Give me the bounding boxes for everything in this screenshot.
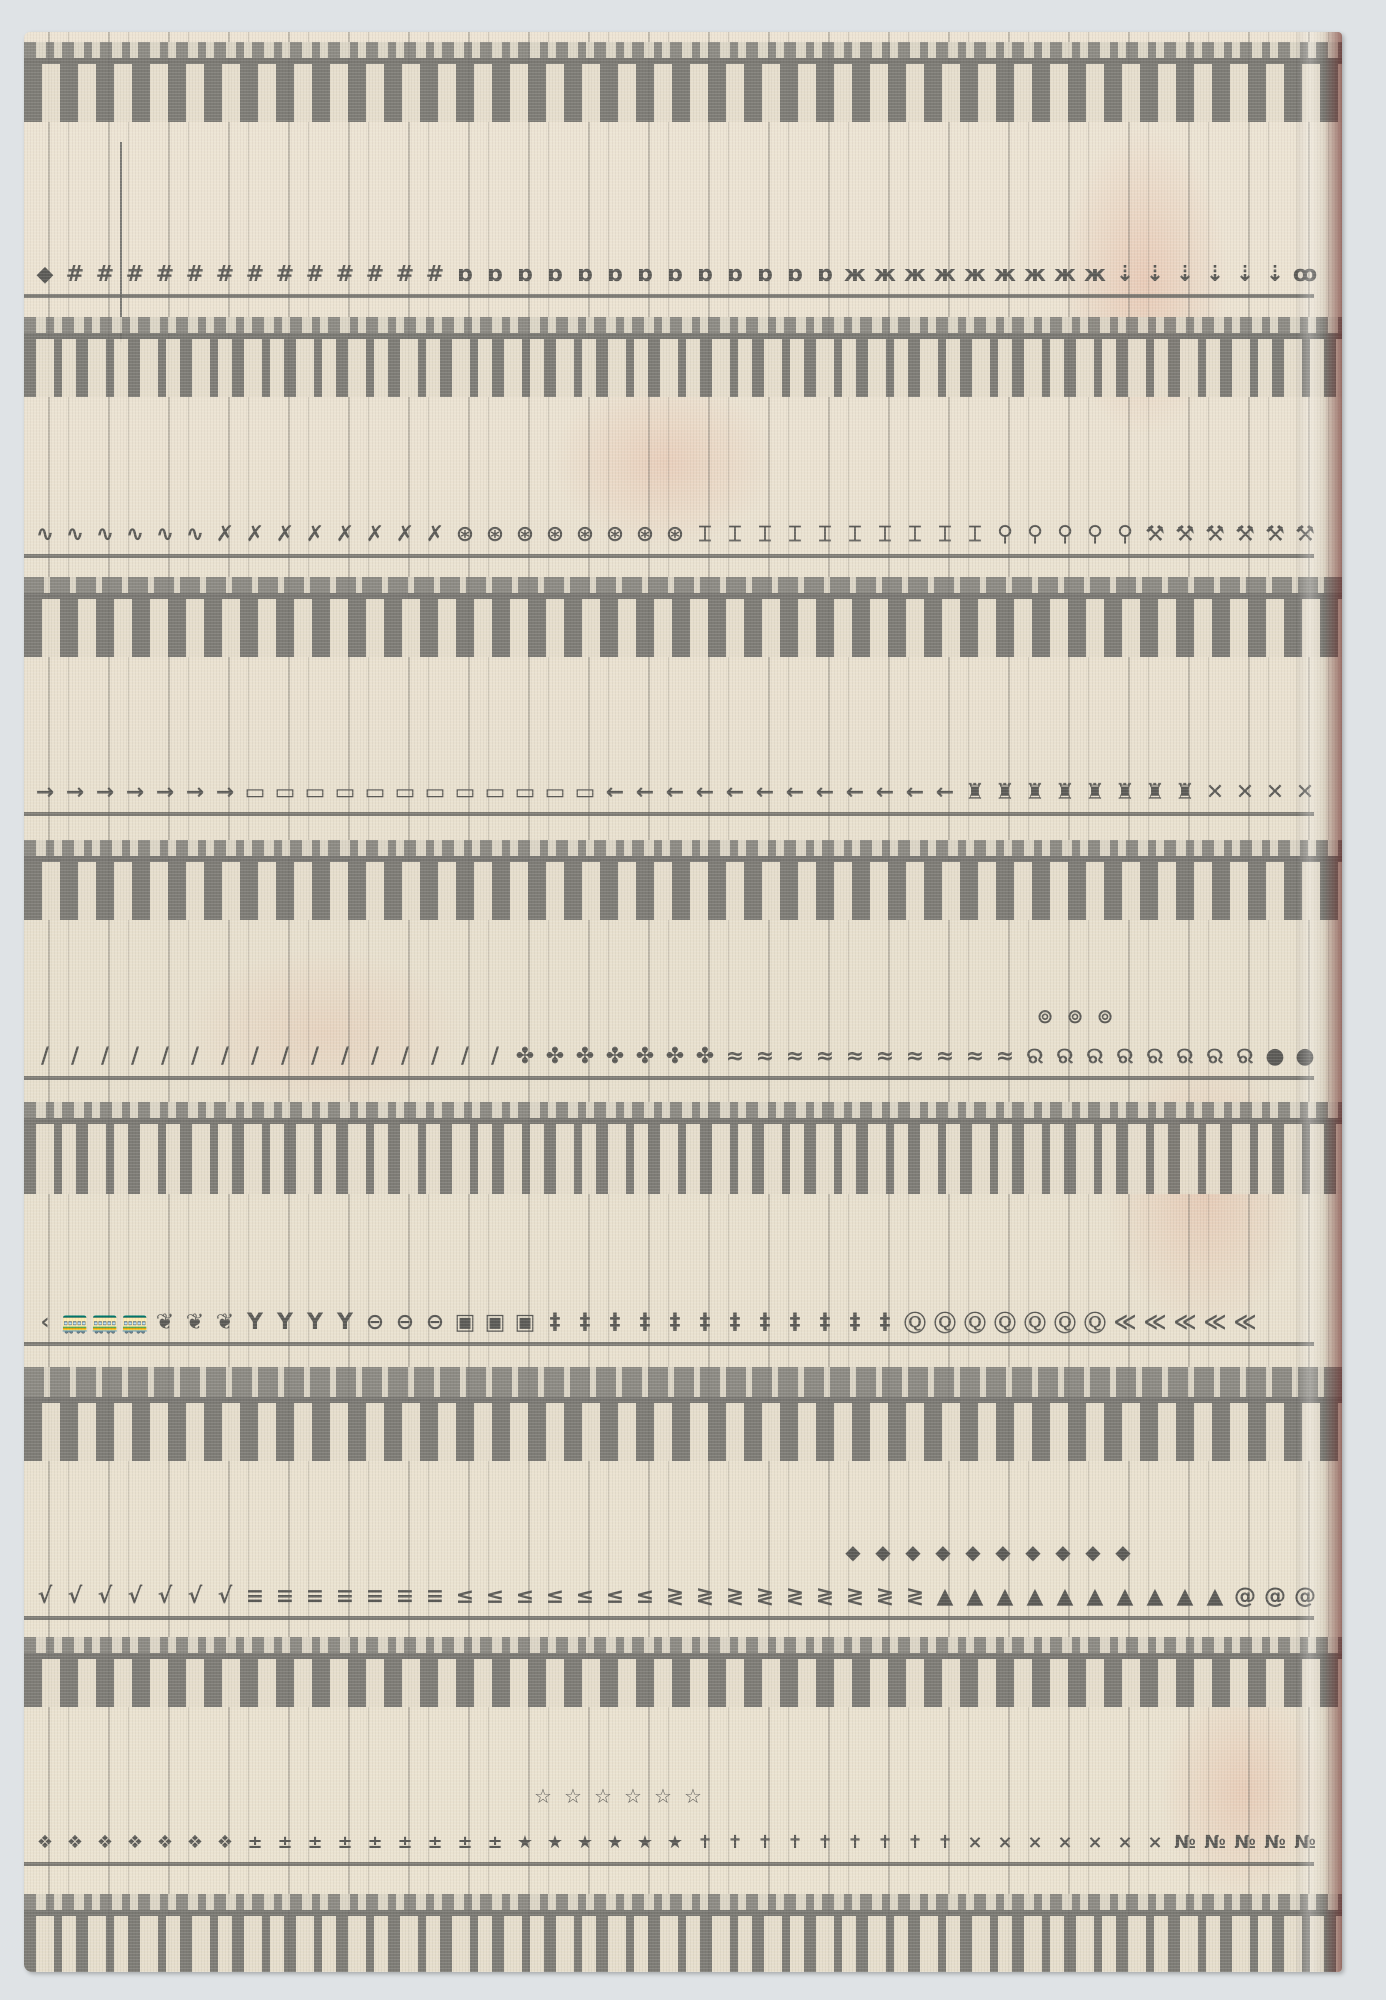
ornament-glyph-icon: ≤ [450, 1584, 480, 1609]
ornament-glyph-icon: ‡ [600, 1310, 630, 1335]
ornament-glyph-icon: ✝ [900, 1832, 930, 1853]
ornament-glyph-icon: ✕ [1230, 780, 1260, 805]
ornament-glyph-icon: Ⓠ [1080, 1307, 1110, 1338]
ornament-glyph-icon: ≷ [720, 1584, 750, 1609]
ornament-glyph-icon: # [90, 262, 120, 287]
ornament-glyph-icon: ▭ [360, 780, 390, 805]
ornament-glyph-icon: ≡ [300, 1584, 330, 1609]
ornament-glyph-icon: ‡ [630, 1310, 660, 1335]
ornament-glyph-icon: ♜ [960, 780, 990, 805]
ornament-glyph-icon: ← [600, 780, 630, 805]
ornament-glyph-icon: ≈ [930, 1044, 960, 1069]
ornament-glyph-icon: ★ [600, 1832, 630, 1853]
ornament-glyph-icon: ≈ [870, 1044, 900, 1069]
ornament-glyph-icon: ⇣ [1260, 262, 1290, 287]
ornament-glyph-icon: Ⓠ [990, 1307, 1020, 1338]
ornament-glyph-icon: / [420, 1044, 450, 1069]
ornament-glyph-icon: ⚲ [1080, 522, 1110, 547]
ornament-glyph-icon: ⊛ [570, 522, 600, 547]
ornament-glyph-icon: ☆ [588, 1784, 618, 1808]
ornament-glyph-icon: ⨯ [1080, 1832, 1110, 1853]
ornament-glyph-icon: / [60, 1044, 90, 1069]
ornament-glyph-icon: № [1230, 1832, 1260, 1853]
ornament-glyph-icon: ≤ [480, 1584, 510, 1609]
ornament-glyph-icon: № [1200, 1832, 1230, 1853]
ornament-glyph-icon: ± [390, 1832, 420, 1853]
ornament-glyph-icon: ж [1050, 262, 1080, 287]
ornament-glyph-icon: ⚲ [990, 522, 1020, 547]
ornament-glyph-icon: ɒ [450, 262, 480, 287]
ornament-glyph-icon: ≈ [840, 1044, 870, 1069]
baseline-1 [24, 294, 1314, 298]
ornament-glyph-icon: ⌶ [930, 522, 960, 547]
ornament-glyph-icon: / [180, 1044, 210, 1069]
baseline-5 [24, 1342, 1314, 1346]
ornament-glyph-icon: ɒ [810, 262, 840, 287]
ornament-glyph-icon: ⇣ [1230, 262, 1260, 287]
ornament-glyph-icon: ≪ [1170, 1310, 1200, 1335]
ornament-glyph-icon: ⊖ [420, 1310, 450, 1335]
ornament-glyph-icon: # [360, 262, 390, 287]
ornament-glyph-icon: ❖ [150, 1832, 180, 1853]
ornament-glyph-icon: ж [960, 262, 990, 287]
ornament-glyph-icon: ▲ [1080, 1584, 1110, 1609]
ornament-glyph-icon: ର [1050, 1044, 1080, 1069]
ornament-glyph-icon: ◆ [988, 1540, 1018, 1564]
ornament-glyph-icon: ⊛ [450, 522, 480, 547]
ornament-glyph-icon: ← [870, 780, 900, 805]
ornament-glyph-icon: ⨯ [1140, 1832, 1170, 1853]
ornament-glyph-icon: / [210, 1044, 240, 1069]
ornament-glyph-icon: @ [1230, 1584, 1260, 1609]
ornament-glyph-icon: ± [360, 1832, 390, 1853]
ornament-glyph-icon: / [300, 1044, 330, 1069]
ornament-glyph-icon: ⊛ [480, 522, 510, 547]
ornament-glyph-icon: ❦ [150, 1310, 180, 1335]
ornament-glyph-icon: # [330, 262, 360, 287]
ornament-glyph-icon: ∿ [90, 522, 120, 547]
ornament-glyph-icon: # [240, 262, 270, 287]
ornament-glyph-icon: # [270, 262, 300, 287]
glyph-row-5: ‹🚃🚃🚃❦❦❦YYYY⊖⊖⊖▣▣▣‡‡‡‡‡‡‡‡‡‡‡‡ⓆⓆⓆⓆⓆⓆⓆ≪≪≪≪… [24, 1302, 1320, 1342]
ornament-glyph-icon: ✝ [930, 1832, 960, 1853]
ornament-glyph-icon: ▲ [930, 1584, 960, 1609]
ornament-glyph-icon: ▭ [420, 780, 450, 805]
ornament-glyph-icon: ★ [570, 1832, 600, 1853]
baseline-7 [24, 1862, 1314, 1866]
ornament-glyph-icon: → [210, 780, 240, 805]
ornament-glyph-icon: ɒ [690, 262, 720, 287]
ornament-glyph-icon: √ [90, 1584, 120, 1609]
ornament-glyph-icon: ❖ [120, 1832, 150, 1853]
ornament-glyph-icon: ≷ [660, 1584, 690, 1609]
ornament-glyph-icon: ☆ [618, 1784, 648, 1808]
ornament-glyph-icon: ± [420, 1832, 450, 1853]
ornament-glyph-icon: ⚲ [1020, 522, 1050, 547]
ornament-glyph-icon: ▲ [960, 1584, 990, 1609]
glyph-row-6: √√√√√√√≡≡≡≡≡≡≡≤≤≤≤≤≤≤≷≷≷≷≷≷≷≷≷▲▲▲▲▲▲▲▲▲▲… [24, 1576, 1320, 1616]
ornament-glyph-icon: ♜ [1020, 780, 1050, 805]
ornament-glyph-icon: ≪ [1200, 1310, 1230, 1335]
ornament-glyph-icon: ← [840, 780, 870, 805]
ornament-glyph-icon: ର [1170, 1044, 1200, 1069]
ornament-glyph-icon: ⊖ [360, 1310, 390, 1335]
ornament-glyph-icon: ♜ [1050, 780, 1080, 805]
ornament-glyph-icon: ≤ [510, 1584, 540, 1609]
ornament-glyph-icon: ж [930, 262, 960, 287]
ornament-glyph-icon: ❖ [180, 1832, 210, 1853]
ornament-glyph-icon: № [1170, 1832, 1200, 1853]
ornament-glyph-icon: ≡ [270, 1584, 300, 1609]
ornament-glyph-icon: ❖ [60, 1832, 90, 1853]
type-band-2 [24, 317, 1342, 397]
ornament-glyph-icon: ❦ [180, 1310, 210, 1335]
ornament-glyph-icon: ✤ [690, 1044, 720, 1069]
ornament-glyph-icon: ⚒ [1170, 522, 1200, 547]
ornament-glyph-icon: ▣ [480, 1310, 510, 1335]
ornament-glyph-icon: ж [900, 262, 930, 287]
ornament-glyph-icon: # [120, 262, 150, 287]
glyph-row-7: ❖❖❖❖❖❖❖±±±±±±±±±★★★★★★✝✝✝✝✝✝✝✝✝⨯⨯⨯⨯⨯⨯⨯№№… [24, 1822, 1320, 1862]
ornament-glyph-icon: ✗ [210, 522, 240, 547]
glyph-row-3: →→→→→→→▭▭▭▭▭▭▭▭▭▭▭▭←←←←←←←←←←←←♜♜♜♜♜♜♜♜✕… [24, 772, 1320, 812]
ornament-glyph-icon: ★ [630, 1832, 660, 1853]
ornament-glyph-icon: ✗ [300, 522, 330, 547]
ornament-glyph-icon: ɒ [600, 262, 630, 287]
ornament-glyph-icon: ✤ [630, 1044, 660, 1069]
ornament-glyph-icon: ≈ [900, 1044, 930, 1069]
glyph-row-1: ◆#############ɒɒɒɒɒɒɒɒɒɒɒɒɒжжжжжжжжж⇣⇣⇣⇣… [24, 254, 1320, 294]
ornament-glyph-icon: ▣ [510, 1310, 540, 1335]
ornament-glyph-icon: ≤ [630, 1584, 660, 1609]
ornament-glyph-icon: ✕ [1200, 780, 1230, 805]
ornament-glyph-icon: ◆ [30, 262, 60, 287]
ornament-glyph-icon: ◆ [958, 1540, 988, 1564]
baseline-6 [24, 1616, 1314, 1620]
ornament-glyph-icon: ✤ [600, 1044, 630, 1069]
ornament-glyph-icon: ▲ [1020, 1584, 1050, 1609]
ornament-glyph-icon: ⚒ [1260, 522, 1290, 547]
ornament-glyph-icon: ⇣ [1110, 262, 1140, 287]
ornament-glyph-icon: # [150, 262, 180, 287]
ornament-glyph-icon: √ [60, 1584, 90, 1609]
ornament-glyph-icon: ❖ [90, 1832, 120, 1853]
ornament-glyph-icon: ⨯ [1050, 1832, 1080, 1853]
ornament-glyph-icon: ⊛ [660, 522, 690, 547]
ornament-glyph-icon: ⨯ [960, 1832, 990, 1853]
ornament-glyph-icon: ✤ [540, 1044, 570, 1069]
ornament-glyph-icon: / [240, 1044, 270, 1069]
ornament-glyph-icon: ⊚ [1030, 1004, 1060, 1028]
ornament-glyph-icon: / [90, 1044, 120, 1069]
ornament-glyph-icon: → [150, 780, 180, 805]
ornament-glyph-icon: ∿ [120, 522, 150, 547]
ornament-glyph-icon: ≪ [1110, 1310, 1140, 1335]
ornament-glyph-icon: Ⓠ [930, 1307, 960, 1338]
ornament-glyph-icon: ж [990, 262, 1020, 287]
ornament-glyph-icon: ✝ [690, 1832, 720, 1853]
ornament-glyph-icon: ‡ [780, 1310, 810, 1335]
ornament-glyph-icon: ♜ [1080, 780, 1110, 805]
ornament-glyph-icon: ✤ [570, 1044, 600, 1069]
ornament-glyph-icon: ☆ [528, 1784, 558, 1808]
ornament-glyph-icon: ର [1140, 1044, 1170, 1069]
ornament-glyph-icon: ▭ [540, 780, 570, 805]
type-band-6 [24, 1367, 1342, 1461]
ornament-glyph-icon: √ [30, 1584, 60, 1609]
ornament-glyph-icon: ★ [540, 1832, 570, 1853]
ornament-glyph-icon: Y [330, 1310, 360, 1335]
ornament-glyph-icon: √ [150, 1584, 180, 1609]
ornament-glyph-icon: ର [1080, 1044, 1110, 1069]
type-band-1 [24, 42, 1342, 122]
ornament-glyph-icon: ⌶ [870, 522, 900, 547]
ornament-glyph-icon: ✗ [360, 522, 390, 547]
ornament-glyph-icon: ◆ [1048, 1540, 1078, 1564]
ornament-glyph-icon: ± [450, 1832, 480, 1853]
ornament-glyph-icon: ☆ [678, 1784, 708, 1808]
ornament-glyph-icon: ❖ [210, 1832, 240, 1853]
ornament-glyph-icon: ← [660, 780, 690, 805]
ornament-glyph-icon: / [30, 1044, 60, 1069]
ornament-glyph-icon: ɒ [510, 262, 540, 287]
ornament-glyph-icon: № [1260, 1832, 1290, 1853]
ornament-glyph-icon: ← [750, 780, 780, 805]
ornament-glyph-icon: ← [900, 780, 930, 805]
ornament-glyph-icon: ∿ [180, 522, 210, 547]
ornament-glyph-icon: ✗ [420, 522, 450, 547]
ornament-glyph-icon: ‡ [570, 1310, 600, 1335]
ornament-glyph-icon: ▭ [300, 780, 330, 805]
ornament-glyph-icon: # [180, 262, 210, 287]
ornament-glyph-icon: ⚲ [1110, 522, 1140, 547]
ornament-glyph-icon: ‡ [810, 1310, 840, 1335]
ornament-glyph-icon: ⚒ [1140, 522, 1170, 547]
ornament-glyph-icon: ⌶ [690, 522, 720, 547]
ornament-glyph-icon: ≪ [1230, 1310, 1260, 1335]
ornament-glyph-icon: ∿ [150, 522, 180, 547]
ornament-glyph-icon: ≡ [240, 1584, 270, 1609]
ornament-glyph-icon: ⊛ [510, 522, 540, 547]
type-band-7 [24, 1637, 1342, 1707]
ornament-glyph-icon: → [120, 780, 150, 805]
ornament-glyph-icon: → [60, 780, 90, 805]
ornament-glyph-icon: ≡ [360, 1584, 390, 1609]
ornament-glyph-icon: ◆ [1078, 1540, 1108, 1564]
ornament-glyph-icon: ◆ [1108, 1540, 1138, 1564]
ornament-glyph-icon: / [150, 1044, 180, 1069]
ornament-glyph-icon: ≤ [600, 1584, 630, 1609]
ornament-glyph-icon: ⇣ [1200, 262, 1230, 287]
ornament-glyph-icon: # [60, 262, 90, 287]
ornament-glyph-icon: Ⓠ [960, 1307, 990, 1338]
ornament-glyph-icon: ≷ [870, 1584, 900, 1609]
ornament-glyph-icon: ▲ [1140, 1584, 1170, 1609]
ornament-glyph-icon: ▭ [240, 780, 270, 805]
ornament-glyph-icon: ✤ [660, 1044, 690, 1069]
ornament-glyph-icon: ⚒ [1200, 522, 1230, 547]
ornament-glyph-icon: ɒ [720, 262, 750, 287]
ornament-glyph-icon: ✝ [780, 1832, 810, 1853]
ornament-glyph-icon: ≈ [780, 1044, 810, 1069]
ornament-glyph-icon: ≡ [420, 1584, 450, 1609]
ornament-glyph-icon: ◆ [868, 1540, 898, 1564]
ornament-glyph-icon: ▭ [480, 780, 510, 805]
ornament-glyph-icon: ⌶ [960, 522, 990, 547]
ornament-glyph-icon: ✤ [510, 1044, 540, 1069]
ornament-glyph-icon: 🚃 [90, 1310, 120, 1335]
ornament-glyph-icon: ▲ [1050, 1584, 1080, 1609]
ornament-glyph-icon: ☆ [558, 1784, 588, 1808]
glyph-row-6-upper: ◆◆◆◆◆◆◆◆◆◆ [838, 1540, 1138, 1564]
ornament-glyph-icon: / [120, 1044, 150, 1069]
ornament-glyph-icon: / [360, 1044, 390, 1069]
ornament-glyph-icon: ⇣ [1140, 262, 1170, 287]
ornament-glyph-icon: ‡ [720, 1310, 750, 1335]
ornament-glyph-icon: ɒ [540, 262, 570, 287]
ornament-glyph-icon: ✝ [840, 1832, 870, 1853]
ornament-glyph-icon: ❖ [30, 1832, 60, 1853]
ornament-glyph-icon: ▭ [270, 780, 300, 805]
ornament-glyph-icon: Ⓠ [1050, 1307, 1080, 1338]
ornament-glyph-icon: ⌶ [750, 522, 780, 547]
ornament-glyph-icon: ≷ [810, 1584, 840, 1609]
ornament-glyph-icon: ⊛ [630, 522, 660, 547]
ornament-glyph-icon: ← [630, 780, 660, 805]
ornament-glyph-icon: ж [1020, 262, 1050, 287]
ornament-glyph-icon: ж [870, 262, 900, 287]
ornament-glyph-icon: Ⓠ [900, 1307, 930, 1338]
ornament-glyph-icon: ⌶ [810, 522, 840, 547]
ornament-glyph-icon: ✝ [720, 1832, 750, 1853]
ornament-glyph-icon: ✗ [240, 522, 270, 547]
ornament-glyph-icon: ⌶ [840, 522, 870, 547]
ornament-glyph-icon: ✗ [270, 522, 300, 547]
ornament-glyph-icon: ☆ [648, 1784, 678, 1808]
ornament-glyph-icon: ‡ [540, 1310, 570, 1335]
glyph-row-7-upper: ☆☆☆☆☆☆ [528, 1784, 708, 1808]
ornament-glyph-icon: ≡ [390, 1584, 420, 1609]
ornament-glyph-icon: / [480, 1044, 510, 1069]
ornament-glyph-icon: ✝ [750, 1832, 780, 1853]
ornament-glyph-icon: ± [330, 1832, 360, 1853]
ornament-glyph-icon: ɒ [660, 262, 690, 287]
glyph-row-2: ∿∿∿∿∿∿✗✗✗✗✗✗✗✗⊛⊛⊛⊛⊛⊛⊛⊛⌶⌶⌶⌶⌶⌶⌶⌶⌶⌶⚲⚲⚲⚲⚲⚒⚒⚒… [24, 514, 1320, 554]
ornament-glyph-icon: ✝ [870, 1832, 900, 1853]
ornament-glyph-icon: ⌶ [900, 522, 930, 547]
ornament-glyph-icon: ± [300, 1832, 330, 1853]
ornament-glyph-icon: 🚃 [60, 1310, 90, 1335]
ornament-glyph-icon: ▭ [330, 780, 360, 805]
ornament-glyph-icon: ⚒ [1230, 522, 1260, 547]
ornament-glyph-icon: ▲ [990, 1584, 1020, 1609]
ornament-glyph-icon: ← [930, 780, 960, 805]
ornament-glyph-icon: ≪ [1140, 1310, 1170, 1335]
ornament-glyph-icon: ⌶ [720, 522, 750, 547]
ornament-glyph-icon: ≈ [810, 1044, 840, 1069]
ornament-glyph-icon: / [270, 1044, 300, 1069]
ornament-glyph-icon: ± [240, 1832, 270, 1853]
ornament-glyph-icon: ✝ [810, 1832, 840, 1853]
ornament-glyph-icon: ▭ [510, 780, 540, 805]
frame-rule [120, 142, 122, 342]
ornament-glyph-icon: ▲ [1110, 1584, 1140, 1609]
ornament-glyph-icon: ⌶ [780, 522, 810, 547]
ornament-glyph-icon: ‹ [30, 1310, 60, 1335]
ornament-glyph-icon: ← [690, 780, 720, 805]
ornament-glyph-icon: ▲ [1170, 1584, 1200, 1609]
ornament-glyph-icon: ▭ [450, 780, 480, 805]
ornament-glyph-icon: Y [300, 1310, 330, 1335]
spine [1296, 32, 1342, 1972]
ornament-glyph-icon: 🚃 [120, 1310, 150, 1335]
ornament-glyph-icon: ର [1230, 1044, 1260, 1069]
ornament-glyph-icon: ≡ [330, 1584, 360, 1609]
ornament-glyph-icon: → [30, 780, 60, 805]
book-cover: ◆#############ɒɒɒɒɒɒɒɒɒɒɒɒɒжжжжжжжжж⇣⇣⇣⇣… [24, 32, 1342, 1972]
ornament-glyph-icon: ▲ [1200, 1584, 1230, 1609]
baseline-4 [24, 1076, 1314, 1080]
ornament-glyph-icon: ɒ [780, 262, 810, 287]
ornament-glyph-icon: ɒ [630, 262, 660, 287]
ornament-glyph-icon: ɒ [570, 262, 600, 287]
type-band-4 [24, 840, 1342, 920]
ornament-glyph-icon: ● [1260, 1044, 1290, 1069]
ornament-glyph-icon: √ [120, 1584, 150, 1609]
ornament-glyph-icon: → [180, 780, 210, 805]
ornament-glyph-icon: ∿ [60, 522, 90, 547]
ornament-glyph-icon: ✗ [330, 522, 360, 547]
ornament-glyph-icon: ★ [510, 1832, 540, 1853]
ornament-glyph-icon: / [390, 1044, 420, 1069]
type-band-5 [24, 1102, 1342, 1194]
ornament-glyph-icon: Ⓠ [1020, 1307, 1050, 1338]
ornament-glyph-icon: ⇣ [1170, 262, 1200, 287]
ornament-glyph-icon: @ [1260, 1584, 1290, 1609]
ornament-glyph-icon: ‡ [690, 1310, 720, 1335]
baseline-2 [24, 554, 1314, 558]
ornament-glyph-icon: ≈ [960, 1044, 990, 1069]
ornament-glyph-icon: ≷ [750, 1584, 780, 1609]
ornament-glyph-icon: # [300, 262, 330, 287]
ornament-glyph-icon: # [210, 262, 240, 287]
ornament-glyph-icon: ⨯ [1020, 1832, 1050, 1853]
ornament-glyph-icon: √ [210, 1584, 240, 1609]
type-band-3 [24, 577, 1342, 657]
glyph-row-4-upper: ⊚⊚⊚ [1030, 1004, 1120, 1028]
ornament-glyph-icon: ✕ [1260, 780, 1290, 805]
ornament-glyph-icon: ‡ [870, 1310, 900, 1335]
ornament-glyph-icon: ⨯ [1110, 1832, 1140, 1853]
ornament-glyph-icon: ର [1020, 1044, 1050, 1069]
ornament-glyph-icon: # [420, 262, 450, 287]
baseline-3 [24, 812, 1314, 816]
ornament-glyph-icon: ≷ [840, 1584, 870, 1609]
ornament-glyph-icon: → [90, 780, 120, 805]
ornament-glyph-icon: ‡ [750, 1310, 780, 1335]
ornament-glyph-icon: ▣ [450, 1310, 480, 1335]
ornament-glyph-icon: ♜ [1140, 780, 1170, 805]
ornament-glyph-icon: ◆ [928, 1540, 958, 1564]
ornament-glyph-icon: ɒ [750, 262, 780, 287]
ornament-glyph-icon: ର [1110, 1044, 1140, 1069]
ornament-glyph-icon: ± [480, 1832, 510, 1853]
ornament-glyph-icon: ▭ [390, 780, 420, 805]
ornament-glyph-icon: ≤ [540, 1584, 570, 1609]
ornament-glyph-icon: ◆ [838, 1540, 868, 1564]
ornament-glyph-icon: ⊖ [390, 1310, 420, 1335]
ornament-glyph-icon: ♜ [1170, 780, 1200, 805]
